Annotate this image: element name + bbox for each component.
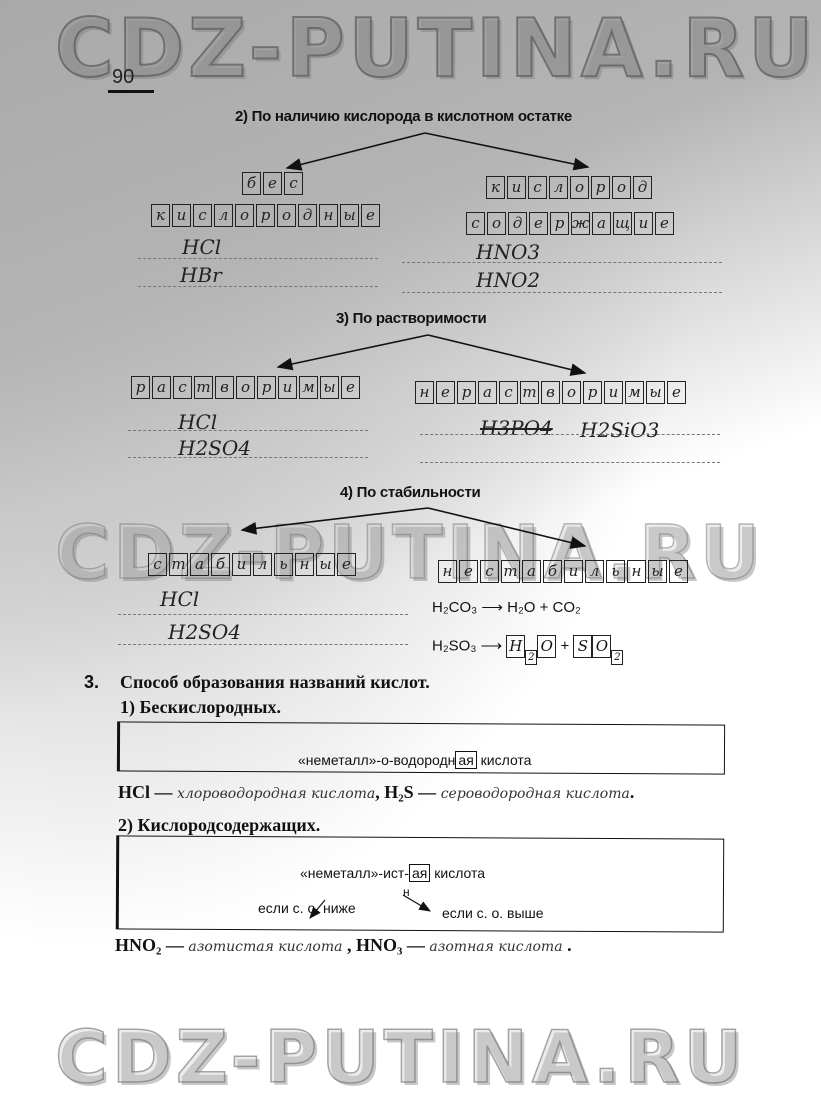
letter-boxes-unstable: нестабильные [438, 560, 689, 583]
exercise-title: Способ образования названий кислот. [120, 672, 430, 693]
letter-boxes-stable: стабильные [148, 553, 357, 576]
letter-box[interactable]: ы [648, 560, 667, 583]
example-oxygen-right-1: HNO3 [476, 240, 540, 264]
letter-box[interactable]: е [459, 560, 478, 583]
letter-box[interactable]: к [486, 176, 505, 199]
letter-box[interactable]: с [148, 553, 167, 576]
formula-lower-oxidation: если с. о. ниже [258, 900, 356, 916]
letter-box[interactable]: н [627, 560, 646, 583]
answer-line [118, 614, 408, 615]
subheading-oxygen-containing: 2) Кислородсодержащих. [118, 815, 320, 836]
letter-box[interactable]: и [278, 376, 297, 399]
letter-box[interactable]: а [592, 212, 611, 235]
letter-box[interactable]: с [173, 376, 192, 399]
letter-boxes-soluble: растворимые [131, 376, 361, 399]
exercise-number: 3. [84, 672, 99, 693]
letter-box[interactable]: ы [320, 376, 339, 399]
heading-oxygen: 2) По наличию кислорода в кислотном оста… [235, 108, 572, 125]
letter-box[interactable]: б [543, 560, 562, 583]
letter-box[interactable]: е [669, 560, 688, 583]
letter-boxes-oxygen-left-1: бес [242, 172, 304, 195]
subheading-oxygen-free: 1) Бескислородных. [120, 697, 281, 718]
formula-stem: «неметалл»- [300, 865, 383, 881]
acid-formula: HNO₂ — [115, 935, 184, 955]
formula-box-oxygen-containing [116, 835, 724, 932]
equation-left: H₂CO₃ [432, 599, 477, 616]
letter-box[interactable]: о [570, 176, 589, 199]
letter-boxes-oxygen-left-2: кислородные [151, 204, 381, 227]
letter-box[interactable]: а [190, 553, 209, 576]
letter-box[interactable]: о [562, 381, 581, 404]
letter-box[interactable]: р [131, 376, 150, 399]
letter-boxes-oxygen-right-2: содержащие [466, 212, 675, 235]
answer-box[interactable]: 2 [525, 650, 537, 665]
letter-box[interactable]: о [236, 376, 255, 399]
letter-box[interactable]: о [612, 176, 631, 199]
heading-solubility: 3) По растворимости [336, 310, 486, 327]
example-oxygen-left-2: HBr [180, 263, 222, 287]
example-stable-2: H2SO4 [168, 620, 241, 644]
equation-sulfurous: H₂SO₃ ⟶ H2O + SO2 [432, 635, 623, 665]
letter-box[interactable]: н [295, 553, 314, 576]
answer-line [402, 292, 722, 293]
answer-line [420, 434, 720, 435]
answer-line [138, 286, 378, 287]
letter-box[interactable]: р [457, 381, 476, 404]
example-oxygen-free: HCl — хлороводородная кислота, H₂S — сер… [118, 782, 634, 803]
formula-oxygen-free: «неметалл»-о-водородная кислота [298, 752, 531, 768]
letter-box[interactable]: о [277, 204, 296, 227]
equation-carbonic: H₂CO₃ ⟶ H₂O + CO₂ [432, 598, 581, 616]
letter-box[interactable]: и [232, 553, 251, 576]
letter-box[interactable]: р [591, 176, 610, 199]
answer-line [138, 258, 378, 259]
example-insoluble-1: H2SiO3 [580, 418, 659, 442]
letter-box[interactable]: о [235, 204, 254, 227]
answer-line [128, 430, 368, 431]
formula-higher-oxidation: если с. о. выше [442, 905, 544, 921]
letter-box[interactable]: и [507, 176, 526, 199]
letter-box[interactable]: б [211, 553, 230, 576]
letter-box[interactable]: е [337, 553, 356, 576]
letter-boxes-insoluble: нерастворимые [415, 381, 687, 404]
letter-box[interactable]: ы [340, 204, 359, 227]
letter-box[interactable]: е [341, 376, 360, 399]
letter-box[interactable]: с [480, 560, 499, 583]
letter-box[interactable]: и [604, 381, 623, 404]
answer-box[interactable]: O [537, 635, 556, 658]
letter-box[interactable]: а [478, 381, 497, 404]
letter-box[interactable]: с [193, 204, 212, 227]
example-oxygen-containing: HNO₂ — азотистая кислота , HNO₃ — азотна… [115, 935, 572, 956]
answer-box[interactable]: H [506, 635, 525, 658]
handwritten-answer: сероводородная кислота [441, 786, 630, 802]
letter-box[interactable]: ь [606, 560, 625, 583]
letter-box[interactable]: щ [613, 212, 632, 235]
answer-box[interactable]: S [573, 635, 592, 658]
answer-line [128, 457, 368, 458]
letter-box[interactable]: и [564, 560, 583, 583]
letter-box[interactable]: т [501, 560, 520, 583]
answer-box[interactable]: O [592, 635, 611, 658]
letter-box[interactable]: м [625, 381, 644, 404]
acid-formula: HCl — [118, 782, 173, 802]
letter-box[interactable]: т [194, 376, 213, 399]
answer-line [118, 644, 408, 645]
formula-word: кислота [434, 865, 485, 881]
letter-box[interactable]: е [436, 381, 455, 404]
answer-line [402, 262, 722, 263]
letter-box[interactable]: ы [646, 381, 665, 404]
letter-box[interactable]: ы [316, 553, 335, 576]
formula-oxygen-containing: «неметалл»-ист-ая кислота [300, 865, 485, 881]
letter-box[interactable]: с [499, 381, 518, 404]
example-stable-1: HCl [160, 587, 199, 611]
acid-formula: , H₂S — [375, 782, 436, 802]
formula-ending: ая [409, 864, 430, 882]
letter-box[interactable]: л [549, 176, 568, 199]
letter-box[interactable]: ж [571, 212, 590, 235]
letter-box[interactable]: д [298, 204, 317, 227]
letter-box[interactable]: в [541, 381, 560, 404]
letter-box[interactable]: б [242, 172, 261, 195]
letter-box[interactable]: д [633, 176, 652, 199]
letter-box[interactable]: д [508, 212, 527, 235]
formula-n-letter: н [403, 885, 410, 899]
equation-right: H₂O + CO₂ [507, 599, 581, 616]
letter-box[interactable]: т [169, 553, 188, 576]
letter-box[interactable]: н [319, 204, 338, 227]
letter-box[interactable]: а [522, 560, 541, 583]
letter-box[interactable]: н [438, 560, 457, 583]
letter-box[interactable]: е [667, 381, 686, 404]
letter-boxes-oxygen-right-1: кислород [486, 176, 653, 199]
letter-box[interactable]: ь [274, 553, 293, 576]
letter-box[interactable]: е [529, 212, 548, 235]
letter-box[interactable]: в [215, 376, 234, 399]
acid-formula: , HNO₃ — [347, 935, 425, 955]
handwritten-answer: азотистая кислота [188, 939, 342, 955]
formula-word: кислота [481, 752, 532, 768]
letter-box[interactable]: р [256, 204, 275, 227]
example-oxygen-left-1: HCl [182, 235, 221, 259]
letter-box[interactable]: н [415, 381, 434, 404]
punctuation: . [567, 935, 572, 955]
letter-box[interactable]: л [585, 560, 604, 583]
punctuation: . [630, 782, 635, 802]
heading-stability: 4) По стабильности [340, 484, 480, 501]
formula-ending: ая [455, 751, 476, 769]
letter-box[interactable]: с [528, 176, 547, 199]
letter-box[interactable]: е [655, 212, 674, 235]
example-insoluble-crossed: H3PO4 [480, 416, 553, 440]
handwritten-answer: азотная кислота [429, 939, 562, 955]
letter-box[interactable]: о [487, 212, 506, 235]
letter-box[interactable]: с [284, 172, 303, 195]
letter-box[interactable]: т [520, 381, 539, 404]
formula-stem: «неметалл»-о-водородн [298, 752, 455, 768]
letter-box[interactable]: е [361, 204, 380, 227]
letter-box[interactable]: е [263, 172, 282, 195]
letter-box[interactable]: л [253, 553, 272, 576]
handwritten-answer: хлороводородная кислота [177, 786, 375, 802]
letter-box[interactable]: р [583, 381, 602, 404]
answer-box[interactable]: 2 [611, 650, 623, 665]
letter-box[interactable]: л [214, 204, 233, 227]
example-oxygen-right-2: HNO2 [476, 268, 540, 292]
equation-left: H₂SO₃ [432, 637, 476, 654]
letter-box[interactable]: и [172, 204, 191, 227]
letter-box[interactable]: р [550, 212, 569, 235]
letter-box[interactable]: р [257, 376, 276, 399]
letter-box[interactable]: и [634, 212, 653, 235]
formula-suffix: ист- [383, 865, 409, 881]
letter-box[interactable]: м [299, 376, 318, 399]
letter-box[interactable]: а [152, 376, 171, 399]
letter-box[interactable]: с [466, 212, 485, 235]
answer-line [420, 462, 720, 463]
letter-box[interactable]: к [151, 204, 170, 227]
